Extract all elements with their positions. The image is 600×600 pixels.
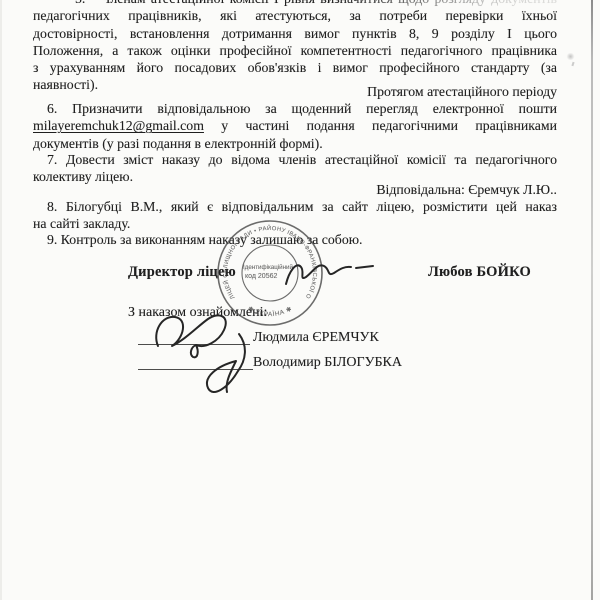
signatory-name: Володимир БІЛОГУБКА — [253, 354, 402, 371]
order-line: з урахуванням його посадових обов'язків … — [33, 59, 557, 76]
stamp-center-line1: Ідентифікаційний — [243, 264, 293, 271]
order-line: документів (у разі подання в електронній… — [33, 135, 557, 152]
order-line: 7. Довести зміст наказу до відома членів… — [33, 151, 557, 168]
scan-smudge — [566, 53, 575, 60]
order-line: достовірності, встановлення дотримання в… — [33, 25, 557, 42]
order-item-5: 5. Членам атестаційної комісії І рівня в… — [33, 0, 557, 94]
order-line: 5. Членам атестаційної комісії І рівня в… — [33, 0, 557, 7]
scan-smudge-mark — [571, 62, 574, 66]
order-line-text: у частині подання педагогічними працівни… — [204, 118, 557, 133]
official-stamp: ЛІЦЕЙ СЕЛИЩНОЇ РАДИ • РАЙОНУ ІВАНО-ФРАНК… — [206, 209, 334, 337]
email-address: milayeremchuk12@gmail.com — [33, 118, 204, 133]
director-name: Любов БОЙКО — [428, 264, 531, 281]
scan-border-left-line — [0, 0, 2, 600]
responsible-note-text: Відповідальна: Єремчук Л.Ю.. — [33, 181, 557, 198]
order-item-6: 6. Призначити відповідальною за щоденний… — [33, 100, 557, 152]
stamp-ring-text: ЛІЦЕЙ СЕЛИЩНОЇ РАДИ • РАЙОНУ ІВАНО-ФРАНК… — [206, 209, 317, 300]
order-line: milayeremchuk12@gmail.com у частині пода… — [33, 117, 557, 134]
responsible-note: Відповідальна: Єремчук Л.Ю.. — [33, 181, 557, 198]
order-line: Положення, а також оцінки професійної ко… — [33, 42, 557, 59]
bilohubka-signature-stroke — [207, 334, 245, 392]
period-note: Протягом атестаційного періоду — [33, 83, 557, 100]
document-page: 5. Членам атестаційної комісії І рівня в… — [0, 0, 600, 600]
signature-line-1 — [138, 344, 250, 346]
signature-line-2 — [138, 369, 253, 371]
scan-border-right-line — [591, 0, 593, 600]
period-note-text: Протягом атестаційного періоду — [33, 83, 557, 100]
stamp-bottom-text: ✱ УКРАЇНА ✱ — [246, 305, 293, 318]
dash-stroke — [356, 266, 373, 268]
order-line: педагогічних працівників, які атестуютьс… — [33, 7, 557, 24]
order-line: 6. Призначити відповідальною за щоденний… — [33, 100, 557, 117]
stamp-center-line2: код 20562 — [245, 273, 277, 280]
